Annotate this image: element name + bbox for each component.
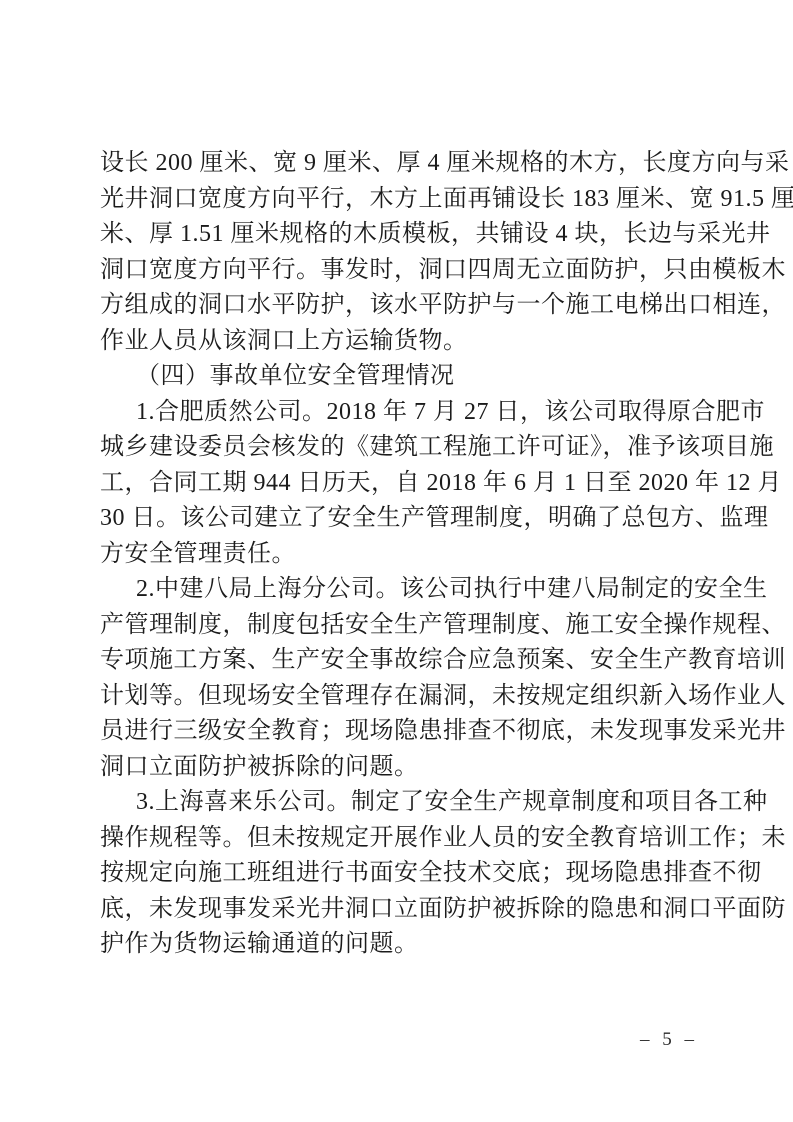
text-line: 底，未发现事发采光井洞口立面防护被拆除的隐患和洞口平面防 (100, 892, 708, 928)
text-line: 3.上海喜来乐公司。制定了安全生产规章制度和项目各工种 (100, 785, 708, 821)
text-line: 洞口宽度方向平行。事发时，洞口四周无立面防护，只由模板木 (100, 253, 708, 289)
text-line: 计划等。但现场安全管理存在漏洞，未按规定组织新入场作业人 (100, 679, 708, 715)
text-line: 米、厚 1.51 厘米规格的木质模板，共铺设 4 块，长边与采光井 (100, 217, 708, 253)
text-line: 工，合同工期 944 日历天，自 2018 年 6 月 1 日至 2020 年 … (100, 466, 708, 502)
text-line: 专项施工方案、生产安全事故综合应急预案、安全生产教育培训 (100, 643, 708, 679)
text-line: 员进行三级安全教育；现场隐患排查不彻底，未发现事发采光井 (100, 714, 708, 750)
text-line: 设长 200 厘米、宽 9 厘米、厚 4 厘米规格的木方，长度方向与采 (100, 146, 708, 182)
text-line: 产管理制度，制度包括安全生产管理制度、施工安全操作规程、 (100, 608, 708, 644)
text-line: 洞口立面防护被拆除的问题。 (100, 750, 708, 786)
text-line: 护作为货物运输通道的问题。 (100, 927, 708, 963)
text-line: 1.合肥质然公司。2018 年 7 月 27 日，该公司取得原合肥市 (100, 395, 708, 431)
text-line: 2.中建八局上海分公司。该公司执行中建八局制定的安全生 (100, 572, 708, 608)
text-line: 作业人员从该洞口上方运输货物。 (100, 324, 708, 360)
text-line: 按规定向施工班组进行书面安全技术交底；现场隐患排查不彻 (100, 856, 708, 892)
document-body: 设长 200 厘米、宽 9 厘米、厚 4 厘米规格的木方，长度方向与采光井洞口宽… (100, 146, 708, 963)
text-line: 30 日。该公司建立了安全生产管理制度，明确了总包方、监理 (100, 501, 708, 537)
document-page: 设长 200 厘米、宽 9 厘米、厚 4 厘米规格的木方，长度方向与采光井洞口宽… (0, 0, 793, 1122)
text-line: 方组成的洞口水平防护，该水平防护与一个施工电梯出口相连， (100, 288, 708, 324)
text-line: 方安全管理责任。 (100, 537, 708, 573)
text-line: 城乡建设委员会核发的《建筑工程施工许可证》，准予该项目施 (100, 430, 708, 466)
text-line: 光井洞口宽度方向平行，木方上面再铺设长 183 厘米、宽 91.5 厘 (100, 182, 708, 218)
text-line: 操作规程等。但未按规定开展作业人员的安全教育培训工作；未 (100, 821, 708, 857)
page-number: – 5 – (640, 1029, 698, 1051)
text-line: （四）事故单位安全管理情况 (100, 359, 708, 395)
